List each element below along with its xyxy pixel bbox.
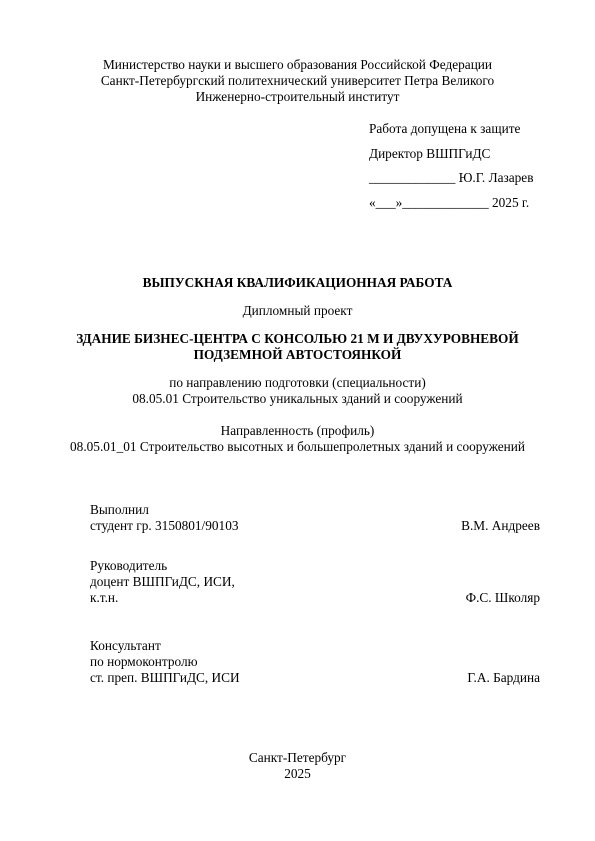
student-signature-block: Выполнил студент гр. 3150801/90103 В.М. … — [90, 502, 540, 534]
approver-position: Директор ВШПГиДС — [369, 146, 533, 171]
approval-block: Работа допущена к защите Директор ВШПГиД… — [369, 121, 533, 219]
thesis-title-line-1: ЗДАНИЕ БИЗНЕС-ЦЕНТРА С КОНСОЛЬЮ 21 М И Д… — [0, 331, 595, 347]
consultant-signature-block: Консультант по нормоконтролю ст. преп. В… — [90, 638, 540, 686]
study-profile-value: 08.05.01_01 Строительство высотных и бол… — [0, 439, 595, 455]
work-type-heading: ВЫПУСКНАЯ КВАЛИФИКАЦИОННАЯ РАБОТА — [0, 275, 595, 291]
student-role: Выполнил — [90, 502, 540, 518]
supervisor-name: Ф.С. Школяр — [466, 590, 540, 606]
student-name: В.М. Андреев — [461, 518, 540, 534]
supervisor-degree: к.т.н. — [90, 590, 118, 605]
supervisor-signature-block: Руководитель доцент ВШПГиДС, ИСИ, к.т.н.… — [90, 558, 540, 606]
approval-date-line: «___»_____________ 2025 г. — [369, 195, 533, 220]
supervisor-role: Руководитель — [90, 558, 540, 574]
consultant-role: Консультант — [90, 638, 540, 654]
student-position: студент гр. 3150801/90103 — [90, 518, 239, 533]
university-name: Санкт-Петербургский политехнический унив… — [0, 73, 595, 89]
study-profile-label: Направленность (профиль) — [0, 423, 595, 439]
supervisor-position: доцент ВШПГиДС, ИСИ, — [90, 574, 540, 590]
footer: Санкт-Петербург 2025 — [0, 750, 595, 782]
study-direction: по направлению подготовки (специальности… — [0, 375, 595, 407]
study-direction-value: 08.05.01 Строительство уникальных зданий… — [0, 391, 595, 407]
study-profile: Направленность (профиль) 08.05.01_01 Стр… — [0, 423, 595, 455]
ministry-name: Министерство науки и высшего образования… — [0, 57, 595, 73]
approval-status: Работа допущена к защите — [369, 121, 533, 146]
approver-signature-line: _____________ Ю.Г. Лазарев — [369, 170, 533, 195]
city: Санкт-Петербург — [0, 750, 595, 766]
study-direction-label: по направлению подготовки (специальности… — [0, 375, 595, 391]
consultant-position: ст. преп. ВШПГиДС, ИСИ — [90, 670, 240, 685]
thesis-title-line-2: ПОДЗЕМНОЙ АВТОСТОЯНКОЙ — [0, 347, 595, 363]
year: 2025 — [0, 766, 595, 782]
consultant-area: по нормоконтролю — [90, 654, 540, 670]
consultant-name: Г.А. Бардина — [467, 670, 540, 686]
project-type: Дипломный проект — [0, 303, 595, 319]
institution-header: Министерство науки и высшего образования… — [0, 57, 595, 105]
thesis-title: ЗДАНИЕ БИЗНЕС-ЦЕНТРА С КОНСОЛЬЮ 21 М И Д… — [0, 331, 595, 363]
institute-name: Инженерно-строительный институт — [0, 89, 595, 105]
